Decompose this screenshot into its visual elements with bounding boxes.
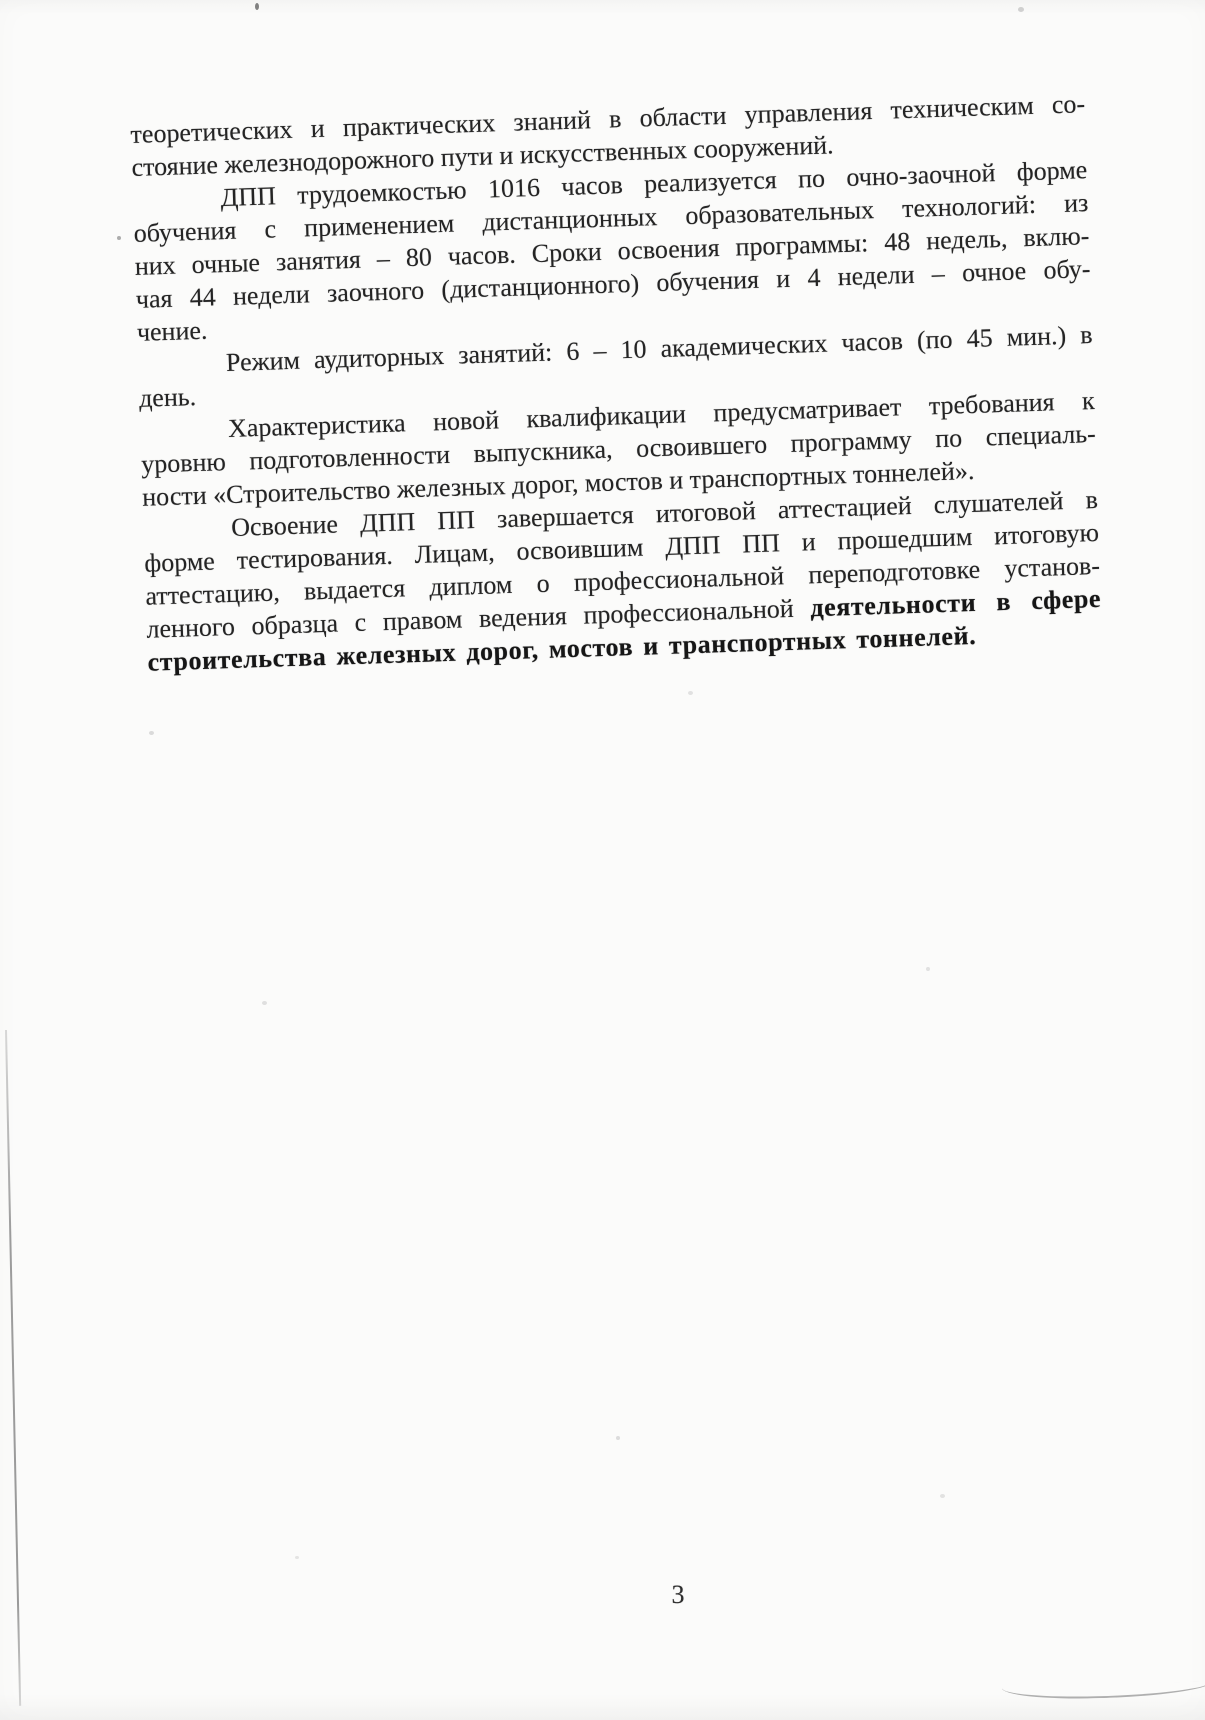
scan-speck (616, 1436, 620, 1440)
scan-speck (295, 1556, 299, 1559)
text-run: чение. (136, 316, 207, 347)
scan-speck (149, 731, 154, 735)
scan-edge-line-artifact (5, 1030, 21, 1706)
scan-speck (940, 1494, 945, 1498)
document-text-block: теоретических и практических знаний в об… (130, 87, 1103, 679)
page-number: 3 (660, 1580, 696, 1610)
scan-bottom-curve-artifact (1002, 1681, 1205, 1700)
scan-speck (1018, 7, 1024, 12)
scan-speck (926, 967, 930, 971)
scan-speck (262, 1001, 267, 1005)
scanned-document-page: теоретических и практических знаний в об… (0, 0, 1205, 1720)
text-run: день. (139, 382, 197, 413)
scan-speck (688, 691, 693, 695)
scan-speck (117, 236, 121, 240)
scan-speck (255, 3, 259, 10)
